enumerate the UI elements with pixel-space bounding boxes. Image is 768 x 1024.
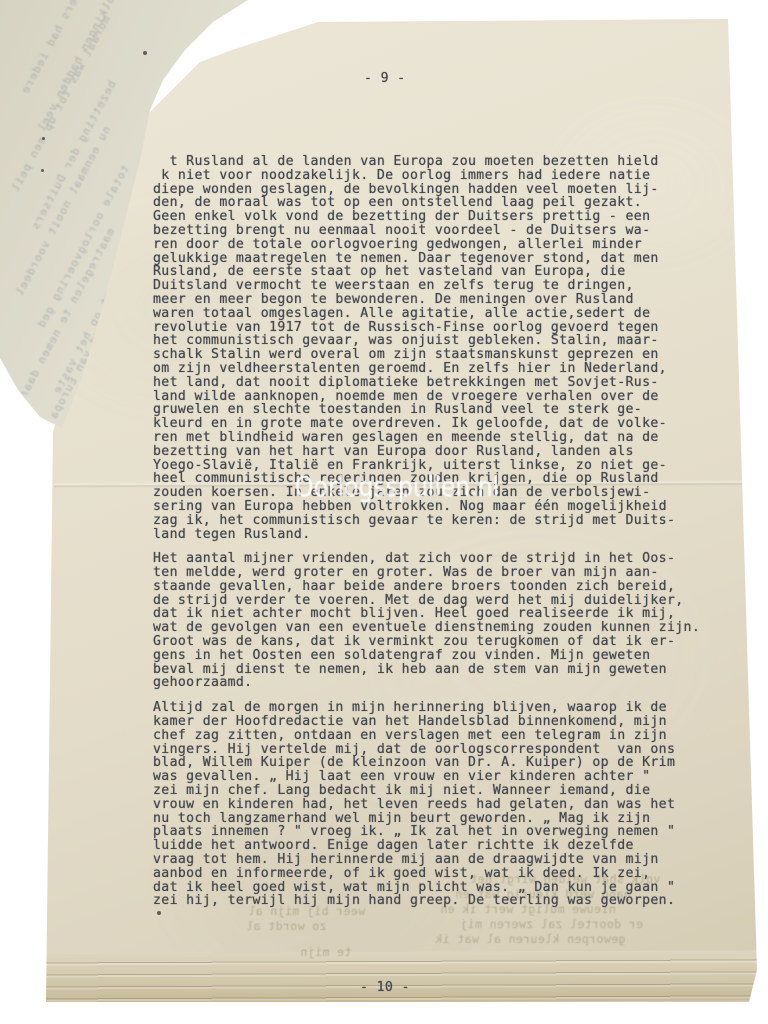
text-line: land tegen Rusland. [153, 528, 753, 542]
text-line: schalk Stalin werd overal om zijn staats… [153, 348, 753, 362]
text-line: Altijd zal de morgen in mijn herinnering… [153, 701, 753, 715]
text-line: zei mijn chef. Lang bedacht ik mij niet.… [153, 784, 753, 798]
text-line: meer en meer begon te bewonderen. De men… [153, 293, 753, 307]
paragraph-3: Altijd zal de morgen in mijn herinnering… [153, 701, 753, 908]
ink-speck [42, 137, 45, 140]
text-line: het land, dat nooit diplomatieke betrekk… [153, 376, 753, 390]
text-line: kleurd en in grote mate overdreven. Ik g… [153, 417, 753, 431]
text-line: bezetting brengt nu eenmaal nooit voorde… [153, 224, 753, 238]
text-line: gehoorzaamd. [153, 676, 753, 690]
text-line: ren met blindheid waren geslagen en meen… [153, 431, 753, 445]
ink-speck [157, 911, 161, 915]
text-line: waren totaal omgeslagen. Alle agitatie, … [153, 307, 753, 321]
page-number-top: - 9 - [364, 72, 753, 86]
text-line: kamer der Hoofdredactie van het Handelsb… [153, 715, 753, 729]
photo-background: volk shat welden wirgt hetgang werd kleu… [0, 0, 768, 1024]
paragraphs: t Rusland al de landen van Europa zou mo… [153, 155, 753, 908]
text-line: ten meldde, werd groter en groter. Was d… [153, 566, 753, 580]
text-line: bezetting van het hart van Europa door R… [153, 445, 753, 459]
text-line: vrouw en kinderen had, het leven reeds h… [153, 798, 753, 812]
text-line: k niet voor noodzakelijk. De oorlog imme… [153, 169, 753, 183]
ink-speck [41, 169, 44, 172]
text-line: om zijn veldheerstalenten geroemd. En ze… [153, 362, 753, 376]
text-line: staande gevallen, haar beide andere broe… [153, 580, 753, 594]
text-line: Geen enkel volk vond de bezetting der Du… [153, 210, 753, 224]
text-line: ren door de totale oorlogvoering gedwong… [153, 238, 753, 252]
typed-text: - 9 - t Rusland al de landen van Europa … [153, 44, 753, 1022]
text-line: vraag tot hem. Hij herinnerde mij aan de… [153, 853, 753, 867]
text-line: t Rusland al de landen van Europa zou mo… [153, 155, 753, 169]
text-line: gens in het Oosten een soldatengraf zou … [153, 649, 753, 663]
text-line: luidde het antwoord. Enige dagen later r… [153, 839, 753, 853]
page-number-bottom: - 10 - [360, 981, 753, 995]
paragraph-2: Het aantal mijner vrienden, dat zich voo… [153, 552, 753, 690]
watermark: Oorlogsspullen.nl [295, 470, 499, 503]
text-line: zei hij, terwijl hij mijn hand greep. De… [153, 894, 753, 908]
text-line: Groot was de kans, dat ik verminkt zou t… [153, 635, 753, 649]
text-line: zag ik, het communistisch gevaar te kere… [153, 514, 753, 528]
text-line: chef zag zitten, ontdaan en verslagen me… [153, 729, 753, 743]
ink-speck [143, 51, 147, 55]
text-line: was gevallen. „ Hij laat een vrouw en vi… [153, 770, 753, 784]
text-line: aanbod en informeerde, of ik goed wist, … [153, 867, 753, 881]
text-line: Duitsland vermocht te weerstaan en zelfs… [153, 279, 753, 293]
text-line: wat de gevolgen van een eventuele dienst… [153, 621, 753, 635]
